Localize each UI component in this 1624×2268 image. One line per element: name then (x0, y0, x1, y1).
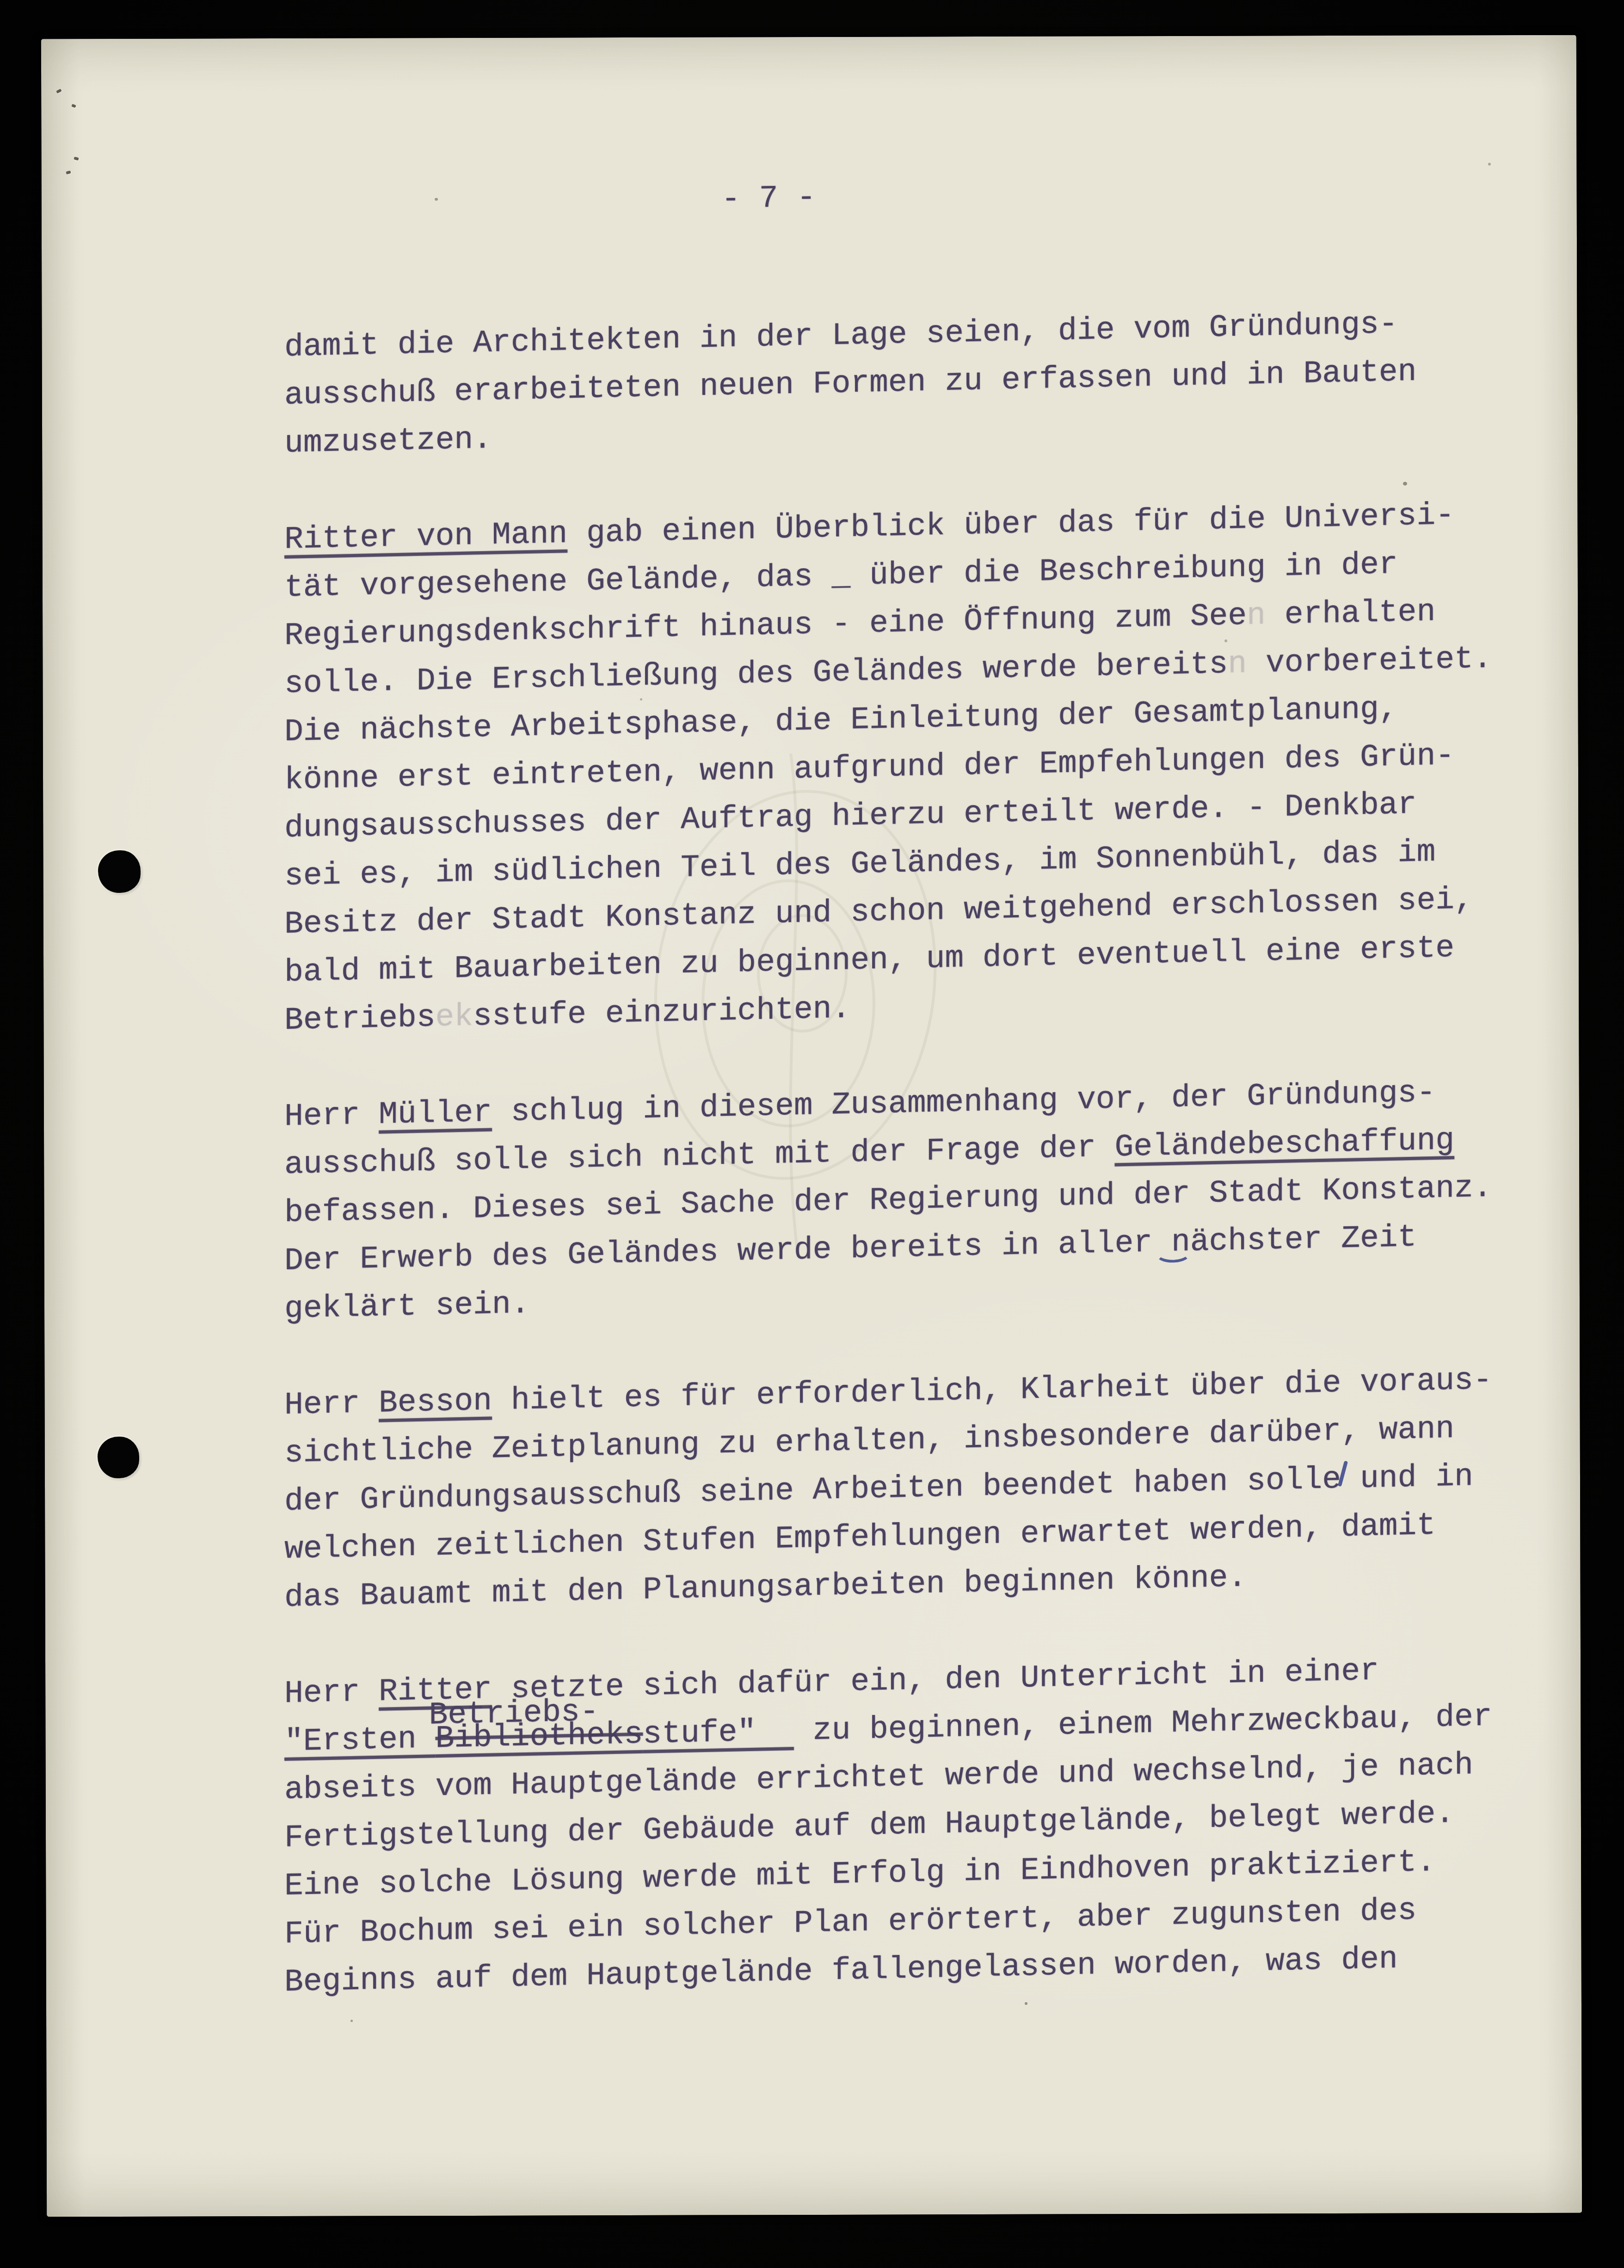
punch-hole (98, 1437, 139, 1478)
document-text: - 7 - damit die Architekten in der Lage … (284, 158, 1570, 2007)
dust-speck (351, 2020, 353, 2022)
paragraph: Ritter von Mann gab einen Überblick über… (284, 489, 1570, 1045)
paragraph: Herr Ritter setzte sich dafür ein, den U… (284, 1643, 1570, 2007)
paragraph: damit die Architekten in der Lage seien,… (284, 297, 1570, 468)
paragraph: Herr Besson hielt es für erforderlich, K… (284, 1355, 1570, 1622)
scanned-document-photo: { "document": { "page_number": "- 7 -", … (0, 0, 1624, 2268)
dust-speck (1025, 2002, 1027, 2005)
paragraph: Herr Müller schlug in diesem Zusammenhan… (284, 1066, 1570, 1334)
punch-hole (98, 850, 141, 893)
typed-insertion: Betriebs- (429, 1688, 598, 1740)
paragraphs: damit die Architekten in der Lage seien,… (284, 297, 1570, 2007)
